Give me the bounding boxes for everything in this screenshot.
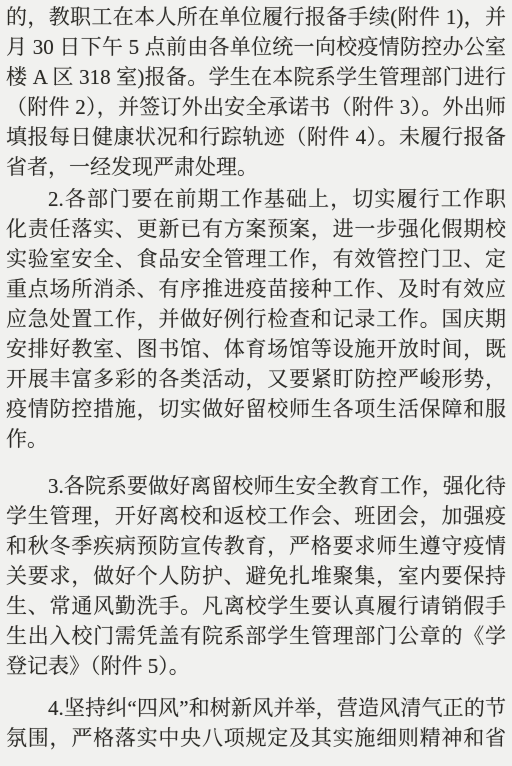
scanned-document-page: 的，教职工在本人所在单位履行报备手续(附件 1)，并于 9 月 30 日下午 5… bbox=[0, 0, 512, 766]
text-line: 填报每日健康状况和行踪轨迹（附件 4）。未履行报备手续出 bbox=[6, 122, 506, 152]
text-line: 生出入校门需凭盖有院系部学生管理部门公章的《学生请假 bbox=[6, 621, 506, 651]
text-line: 的，教职工在本人所在单位履行报备手续(附件 1)，并于 9 bbox=[6, 2, 506, 32]
text-line: 开展丰富多彩的各类活动，又要紧盯防控严峻形势，落实好 bbox=[6, 364, 506, 394]
text-line: 疫情防控措施，切实做好留校师生各项生活保障和服务工 bbox=[6, 394, 506, 424]
text-line: 省者，一经发现严肃处理。 bbox=[6, 152, 506, 182]
text-line: 重点场所消杀、有序推进疫苗接种工作、及时有效应对突发 bbox=[6, 274, 506, 304]
text-line: 实验室安全、食品安全管理工作，有效管控门卫、定期开展 bbox=[6, 244, 506, 274]
text-line: 应急处置工作，并做好例行检查和记录工作。国庆期间合理 bbox=[6, 304, 506, 334]
paragraph-start-line: 2.各部门要在前期工作基础上，切实履行工作职责、强 bbox=[6, 184, 506, 214]
text-line: 登记表》（附件 5）。 bbox=[6, 651, 506, 681]
paragraph-start-line: 4.坚持纠“四风”和树新风并举，营造风清气正的节日 bbox=[6, 693, 506, 723]
text-line: 学生管理，开好离校和返校工作会、班团会，加强疫情防控 bbox=[6, 501, 506, 531]
text-line: 和秋冬季疾病预防宣传教育，严格要求师生遵守疫情防控有 bbox=[6, 531, 506, 561]
text-line: 生、常通风勤洗手。凡离校学生要认真履行请销假手续，学 bbox=[6, 591, 506, 621]
text-line: 氛围，严格落实中央八项规定及其实施细则精神和省委省政 bbox=[6, 723, 506, 753]
text-line: 作。 bbox=[6, 424, 506, 454]
text-line: 月 30 日下午 5 点前由各单位统一向校疫情防控办公室(行政 bbox=[6, 32, 506, 62]
paragraph-start-line: 3.各院系要做好离留校师生安全教育工作，强化待关爱 bbox=[6, 471, 506, 501]
text-line: 化责任落实、更新已有方案预案，进一步强化假期校园安全、 bbox=[6, 214, 506, 244]
text-line: （附件 2），并签订外出安全承诺书（附件 3）。外出师生需 bbox=[6, 92, 506, 122]
text-line: 关要求，做好个人防护、避免扎堆聚集，室内要保持清洁卫 bbox=[6, 561, 506, 591]
text-line: 安排好教室、图书馆、体育场馆等设施开放时间，既要组织 bbox=[6, 334, 506, 364]
text-line: 楼 A 区 318 室)报备。学生在本院系学生管理部门进行报备 bbox=[6, 62, 506, 92]
